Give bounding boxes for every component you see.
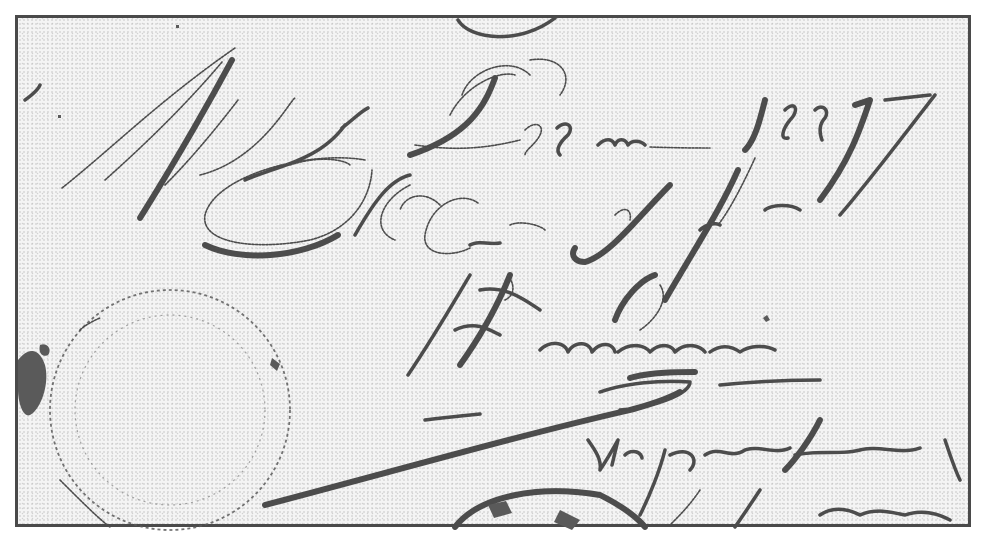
handwriting-date [410, 59, 935, 215]
handwriting-footer [588, 420, 960, 527]
lower-seal [455, 491, 645, 530]
signature-flourish [265, 372, 820, 505]
handwriting-layer [0, 0, 988, 543]
handwriting-signature [408, 275, 775, 375]
handwriting-salutation [62, 48, 410, 255]
handwriting-title [400, 158, 800, 300]
official-stamp [18, 290, 290, 530]
stray-marks [25, 25, 179, 118]
top-loop-stroke [458, 18, 555, 95]
